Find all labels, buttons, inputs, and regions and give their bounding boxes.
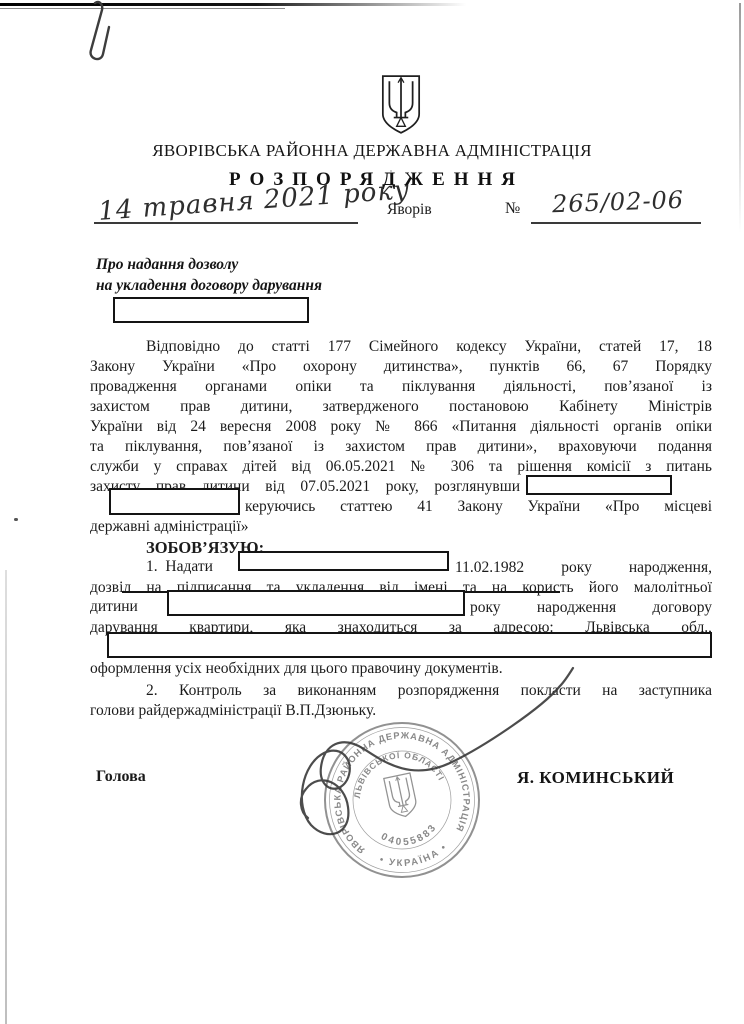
scan-speck: [14, 518, 18, 521]
redaction-box-5: [107, 632, 712, 658]
scanned-document-page: ЯВОРІВСЬКА РАЙОННА ДЕРЖАВНА АДМІНІСТРАЦІ…: [0, 0, 744, 1024]
redaction-box-2: [109, 488, 240, 515]
date-underline: [94, 222, 358, 224]
preamble-line-7: служби у справах дітей від 06.05.2021 № …: [90, 457, 712, 477]
subject-line-2: на укладення договору дарування: [96, 275, 322, 296]
handwritten-number: 265/02-06: [552, 186, 685, 219]
place-name: Яворів: [387, 201, 432, 219]
preamble-line-2: Закону України «Про охорону дитинства», …: [90, 357, 712, 377]
coat-of-arms-trident-icon: [379, 74, 423, 135]
preamble-line-10: державні адміністрації»: [90, 517, 712, 537]
item1-line6: оформлення усіх необхідних для цього пра…: [90, 659, 712, 679]
seal-trident-icon: [384, 773, 419, 819]
signer-name: Я. КОМИНСЬКИЙ: [517, 768, 674, 788]
preamble-line-9: керуючись статтею 41 Закону України «Про…: [245, 497, 712, 517]
item1-line3-tail: року народження договору: [470, 598, 712, 618]
signer-title: Голова: [96, 768, 146, 786]
organization-name: ЯВОРІВСЬКА РАЙОННА ДЕРЖАВНА АДМІНІСТРАЦІ…: [0, 141, 744, 161]
paperclip-icon: [76, 0, 116, 78]
scan-edge-line-right: [739, 3, 741, 233]
redaction-box-4: [167, 590, 465, 616]
item1-line1-tail: 11.02.1982 року народження,: [455, 558, 712, 578]
preamble-line-6: та піклування, пов’язаної із захистом пр…: [90, 437, 712, 457]
preamble-line-1: Відповідно до статті 177 Сімейного кодек…: [90, 337, 712, 357]
scan-edge-line-top-secondary: [0, 8, 285, 9]
preamble-line-5: України від 24 вересня 2008 року № 866 «…: [90, 417, 712, 437]
redaction-box-subject: [113, 297, 309, 323]
number-sign: №: [505, 200, 520, 218]
item1-line3-lead: дитини: [90, 598, 138, 616]
number-underline: [531, 222, 701, 224]
redaction-box-3: [238, 551, 449, 571]
redaction-box-1: [526, 475, 672, 495]
official-seal: ЯВОРІВСЬКА РАЙОННА ДЕРЖАВНА АДМІНІСТРАЦІ…: [302, 700, 502, 900]
subject-line-1: Про надання дозволу: [96, 254, 322, 275]
subject-block: Про надання дозволу на укладення договор…: [96, 254, 322, 296]
scan-edge-line-left: [5, 570, 7, 1024]
item1-line1-lead: 1. Надати: [146, 558, 213, 576]
preamble-line-3: провадження органами опіки та піклування…: [90, 377, 712, 397]
scan-edge-line-top: [0, 3, 466, 6]
item2-line1: 2. Контроль за виконанням розпорядження …: [90, 681, 712, 701]
preamble-line-4: захистом прав дитини, затвердженого пост…: [90, 397, 712, 417]
